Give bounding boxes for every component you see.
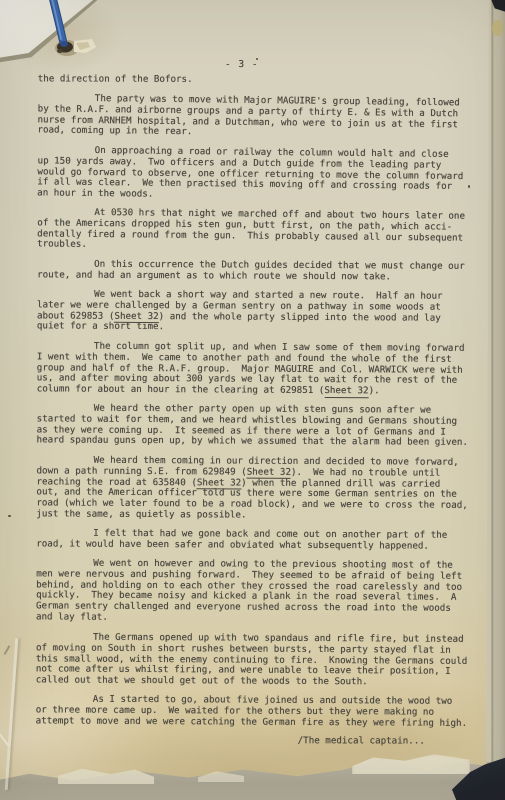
scanned-document-photo: - 3 - the direction of the Bofors.The pa…: [0, 0, 505, 800]
paragraph: As I started to go, about five joined us…: [36, 694, 472, 729]
ink-speck: [468, 185, 470, 188]
ink-speck: [8, 515, 11, 517]
text-line: the direction of the Bofors.: [38, 74, 474, 86]
text-line: and lay flat.: [36, 613, 472, 626]
catchword: /The medical captain...: [298, 736, 472, 747]
text-line: heard spandau guns open up, by which we …: [37, 436, 473, 449]
paragraph: The column got split up, and when I saw …: [37, 341, 473, 397]
text-line: quiet for a short time.: [37, 322, 473, 335]
text-line: road, it would have been safer and obvia…: [36, 539, 472, 552]
paragraph: The party was to move with Major MAGUIRE…: [37, 93, 473, 141]
paragraph: We heard the other party open up with st…: [37, 404, 473, 450]
paragraph: We went back a short way and started a n…: [37, 289, 473, 335]
document-page: - 3 - the direction of the Bofors.The pa…: [0, 0, 489, 793]
treasury-tag-icon: [30, 0, 110, 67]
text-line: attempt to move and we were catching the…: [36, 716, 472, 729]
paragraph: the direction of the Bofors.: [38, 74, 474, 86]
typewritten-text: - 3 - the direction of the Bofors.The pa…: [36, 59, 474, 747]
ink-speck: [256, 58, 258, 60]
paragraph: I felt that had we gone back and come ou…: [36, 529, 472, 553]
paragraph: On approaching a road or railway the col…: [37, 145, 474, 204]
paragraph: At 0530 hrs that night we marched off an…: [37, 208, 473, 256]
paragraph: We heard them coming in our direction an…: [36, 455, 472, 522]
paper-stain-spot: [492, 20, 503, 36]
body-text: the direction of the Bofors.The party wa…: [36, 74, 474, 728]
paragraph: The Germans opened up with two spandaus …: [36, 632, 472, 688]
paragraph: We went on however and owing to the prev…: [36, 559, 472, 626]
paragraph: On this occurrence the Dutch guides deci…: [37, 259, 473, 283]
